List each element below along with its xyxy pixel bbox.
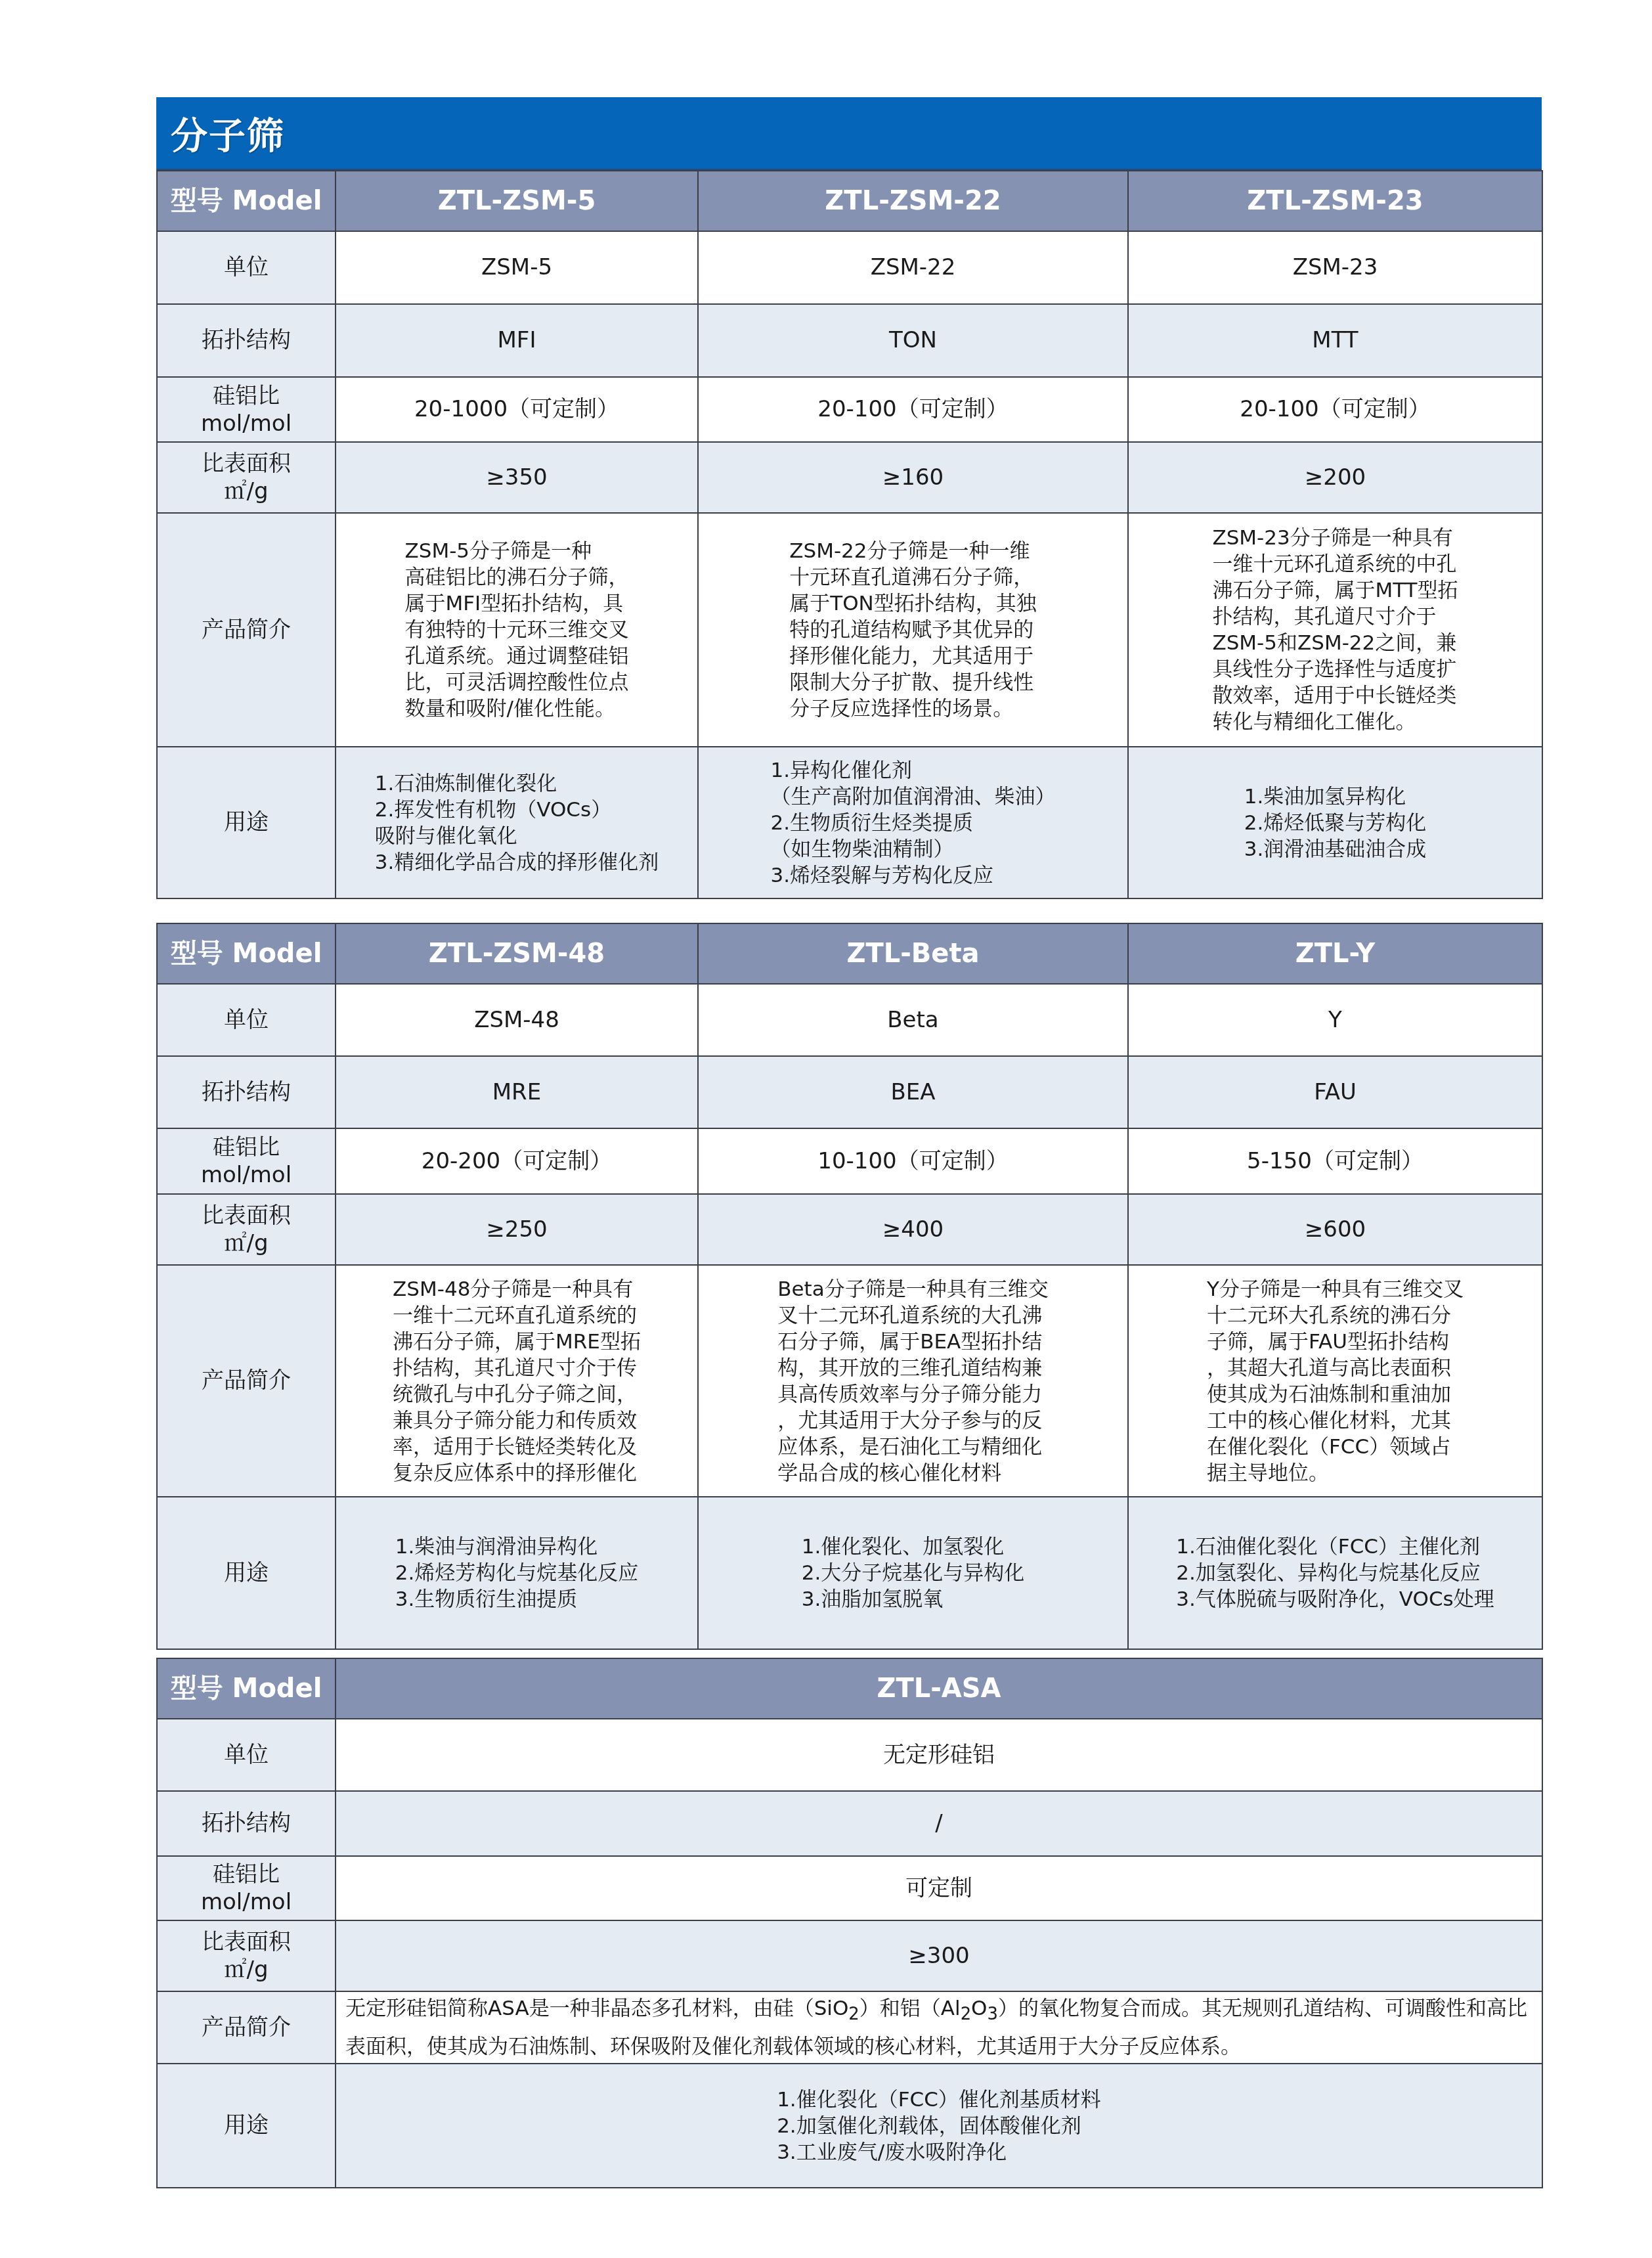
topology-row: 拓扑结构 / [157,1791,1542,1856]
row-label-topology: 拓扑结构 [157,1056,336,1128]
row-label-unit: 单位 [157,984,336,1056]
uses-list: 1.柴油与润滑油异构化 2.烯烃芳构化与烷基化反应 3.生物质衍生油提质 [395,1534,639,1612]
model-header-label: 型号 Model [157,923,336,984]
ratio-value: 5-150（可定制） [1128,1128,1542,1194]
model-name: ZTL-ASA [336,1658,1542,1719]
row-label-description: 产品简介 [157,1991,336,2064]
area-value: ≥350 [336,442,698,513]
product-description: ZSM-22分子筛是一种一维 十元环直孔道沸石分子筛， 属于TON型拓扑结构，其… [789,538,1037,722]
product-description: ZSM-48分子筛是一种具有 一维十二元环直孔道系统的 沸石分子筛，属于MRE型… [393,1276,641,1486]
ratio-label-line2: mol/mol [201,1162,292,1188]
model-header-label: 型号 Model [157,1658,336,1719]
product-description: ZSM-5分子筛是一种 高硅铝比的沸石分子筛， 属于MFI型拓扑结构，具 有独特… [405,538,629,722]
topology-value: FAU [1128,1056,1542,1128]
model-name: ZTL-ZSM-23 [1128,171,1542,231]
topology-row: 拓扑结构 MRE BEA FAU [157,1056,1542,1128]
row-label-ratio: 硅铝比mol/mol [157,1128,336,1194]
row-label-uses: 用途 [157,1497,336,1649]
ratio-value: 20-100（可定制） [698,377,1128,442]
row-label-uses: 用途 [157,2064,336,2188]
uses-list: 1.柴油加氢异构化 2.烯烃低聚与芳构化 3.润滑油基础油合成 [1244,784,1427,862]
ratio-row: 硅铝比mol/mol 可定制 [157,1856,1542,1920]
uses-list: 1.石油催化裂化（FCC）主催化剂 2.加氢裂化、异构化与烷基化反应 3.气体脱… [1176,1534,1494,1612]
topology-value: MFI [336,304,698,377]
product-description: Y分子筛是一种具有三维交叉 十二元环大孔系统的沸石分 子筛，属于FAU型拓扑结构… [1207,1276,1464,1486]
topology-value: MRE [336,1056,698,1128]
model-header-row: 型号 Model ZTL-ZSM-5 ZTL-ZSM-22 ZTL-ZSM-23 [157,171,1542,231]
unit-value: Y [1128,984,1542,1056]
row-label-ratio: 硅铝比mol/mol [157,377,336,442]
row-label-unit: 单位 [157,231,336,304]
description-row: 产品简介 ZSM-48分子筛是一种具有 一维十二元环直孔道系统的 沸石分子筛，属… [157,1265,1542,1497]
model-name: ZTL-Y [1128,923,1542,984]
ratio-value: 10-100（可定制） [698,1128,1128,1194]
spec-sheet: 分子筛 型号 Model ZTL-ZSM-5 ZTL-ZSM-22 ZTL-ZS… [156,97,1542,2188]
row-label-area: 比表面积㎡/g [157,1920,336,1991]
ratio-value: 可定制 [336,1856,1542,1920]
unit-row: 单位 ZSM-5 ZSM-22 ZSM-23 [157,231,1542,304]
topology-value: TON [698,304,1128,377]
unit-value: ZSM-48 [336,984,698,1056]
description-row: 产品简介 无定形硅铝简称ASA是一种非晶态多孔材料，由硅（SiO2）和铝（Al2… [157,1991,1542,2064]
unit-row: 单位 ZSM-48 Beta Y [157,984,1542,1056]
spec-table-2: 型号 Model ZTL-ZSM-48 ZTL-Beta ZTL-Y 单位 ZS… [156,923,1543,1650]
ratio-row: 硅铝比mol/mol 20-1000（可定制） 20-100（可定制） 20-1… [157,377,1542,442]
row-label-topology: 拓扑结构 [157,304,336,377]
product-description: 无定形硅铝简称ASA是一种非晶态多孔材料，由硅（SiO2）和铝（Al2O3）的氧… [336,1993,1542,2062]
unit-value: ZSM-23 [1128,231,1542,304]
spec-table-3: 型号 Model ZTL-ASA 单位 无定形硅铝 拓扑结构 / 硅铝比mol/… [156,1658,1543,2188]
ratio-row: 硅铝比mol/mol 20-200（可定制） 10-100（可定制） 5-150… [157,1128,1542,1194]
area-value: ≥300 [336,1920,1542,1991]
product-description: ZSM-23分子筛是一种具有 一维十元环孔道系统的中孔 沸石分子筛，属于MTT型… [1212,525,1458,735]
area-label-line2: ㎡/g [224,1230,268,1256]
model-name: ZTL-Beta [698,923,1128,984]
unit-value: ZSM-5 [336,231,698,304]
area-value: ≥200 [1128,442,1542,513]
uses-row: 用途 1.柴油与润滑油异构化 2.烯烃芳构化与烷基化反应 3.生物质衍生油提质 … [157,1497,1542,1649]
topology-value: / [336,1791,1542,1856]
row-label-area: 比表面积㎡/g [157,442,336,513]
area-value: ≥400 [698,1194,1128,1265]
uses-row: 用途 1.催化裂化（FCC）催化剂基质材料 2.加氢催化剂载体，固体酸催化剂 3… [157,2064,1542,2188]
unit-value: ZSM-22 [698,231,1128,304]
topology-value: MTT [1128,304,1542,377]
row-label-uses: 用途 [157,747,336,898]
model-name: ZTL-ZSM-5 [336,171,698,231]
unit-value: 无定形硅铝 [336,1719,1542,1791]
ratio-label-line2: mol/mol [201,1889,292,1915]
ratio-label-line1: 硅铝比 [213,1861,280,1888]
topology-row: 拓扑结构 MFI TON MTT [157,304,1542,377]
area-value: ≥250 [336,1194,698,1265]
uses-row: 用途 1.石油炼制催化裂化 2.挥发性有机物（VOCs） 吸附与催化氧化 3.精… [157,747,1542,898]
unit-row: 单位 无定形硅铝 [157,1719,1542,1791]
row-label-description: 产品简介 [157,1265,336,1497]
ratio-value: 20-1000（可定制） [336,377,698,442]
product-description: Beta分子筛是一种具有三维交 叉十二元环孔道系统的大孔沸 石分子筛，属于BEA… [777,1276,1049,1486]
area-row: 比表面积㎡/g ≥300 [157,1920,1542,1991]
uses-list: 1.催化裂化、加氢裂化 2.大分子烷基化与异构化 3.油脂加氢脱氧 [802,1534,1025,1612]
area-label-line1: 比表面积 [202,451,291,477]
area-label-line2: ㎡/g [224,1957,268,1983]
row-label-description: 产品简介 [157,513,336,747]
area-label-line1: 比表面积 [202,1929,291,1955]
spec-table-1: 型号 Model ZTL-ZSM-5 ZTL-ZSM-22 ZTL-ZSM-23… [156,170,1543,899]
ratio-value: 20-100（可定制） [1128,377,1542,442]
uses-list: 1.催化裂化（FCC）催化剂基质材料 2.加氢催化剂载体，固体酸催化剂 3.工业… [777,2087,1101,2165]
ratio-value: 20-200（可定制） [336,1128,698,1194]
area-label-line2: ㎡/g [224,478,268,504]
area-label-line1: 比表面积 [202,1203,291,1229]
description-row: 产品简介 ZSM-5分子筛是一种 高硅铝比的沸石分子筛， 属于MFI型拓扑结构，… [157,513,1542,747]
row-label-area: 比表面积㎡/g [157,1194,336,1265]
ratio-label-line2: mol/mol [201,410,292,437]
section-title-bar: 分子筛 [156,97,1542,170]
area-row: 比表面积㎡/g ≥350 ≥160 ≥200 [157,442,1542,513]
row-label-topology: 拓扑结构 [157,1791,336,1856]
area-row: 比表面积㎡/g ≥250 ≥400 ≥600 [157,1194,1542,1265]
uses-list: 1.石油炼制催化裂化 2.挥发性有机物（VOCs） 吸附与催化氧化 3.精细化学… [375,770,659,875]
area-value: ≥160 [698,442,1128,513]
model-name: ZTL-ZSM-48 [336,923,698,984]
model-header-row: 型号 Model ZTL-ASA [157,1658,1542,1719]
unit-value: Beta [698,984,1128,1056]
topology-value: BEA [698,1056,1128,1128]
model-header-row: 型号 Model ZTL-ZSM-48 ZTL-Beta ZTL-Y [157,923,1542,984]
section-title: 分子筛 [171,107,285,160]
area-value: ≥600 [1128,1194,1542,1265]
model-header-label: 型号 Model [157,171,336,231]
uses-list: 1.异构化催化剂 （生产高附加值润滑油、柴油） 2.生物质衍生烃类提质 （如生物… [771,757,1056,889]
ratio-label-line1: 硅铝比 [213,1134,280,1161]
row-label-ratio: 硅铝比mol/mol [157,1856,336,1920]
ratio-label-line1: 硅铝比 [213,383,280,409]
model-name: ZTL-ZSM-22 [698,171,1128,231]
row-label-unit: 单位 [157,1719,336,1791]
